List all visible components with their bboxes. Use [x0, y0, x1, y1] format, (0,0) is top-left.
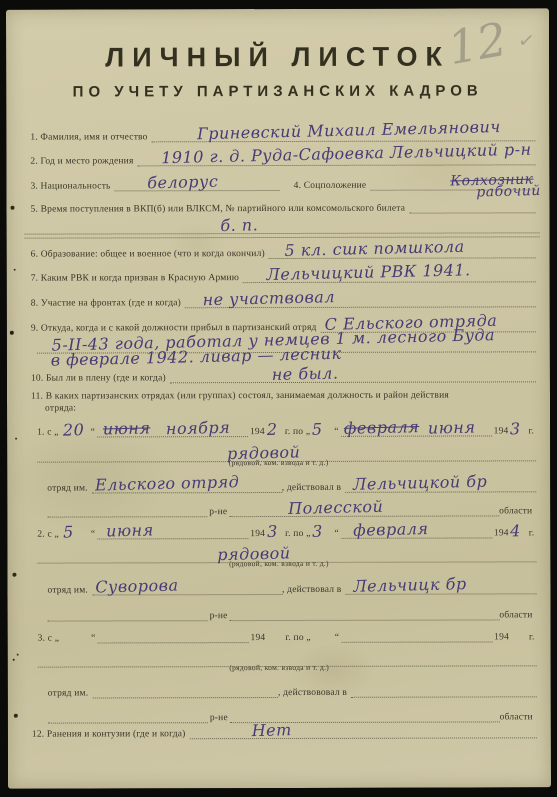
field-captivity-value: не был.	[272, 365, 339, 383]
field-fronts-line: не участвовал	[185, 293, 536, 308]
entry1-region-prefill	[47, 503, 207, 517]
field-surname-label: 1. Фамилия, имя и отчество	[30, 132, 151, 142]
entry1-number: 1. с „	[37, 428, 63, 438]
entry1-date-row: 1. с „ 20 “ июня ноября 194 2 г. по „ 5 …	[37, 422, 536, 437]
entry1-unit-row: отряд им. Ельского отряд , действовал в …	[47, 478, 536, 493]
field-party-label: 5. Время поступления в ВКП(б) или ВЛКСМ,…	[30, 204, 409, 215]
entry2-unit-row: отряд им. Суворова , действовал в Лельчи…	[47, 580, 536, 595]
field-captivity: 10. Был ли в плену (где и когда) не был.	[31, 368, 536, 383]
page-subtitle: ПО УЧЕТУ ПАРТИЗАНСКИХ КАДРОВ	[6, 82, 549, 100]
document-paper: ЛИЧНЫЙ ЛИСТОК ПО УЧЕТУ ПАРТИЗАНСКИХ КАДР…	[6, 8, 551, 788]
field-socstatus-value: рабочий	[477, 184, 542, 200]
field-party-valueline: б. п.	[25, 219, 540, 234]
entry3-quote2: “	[333, 633, 341, 643]
field-nationality-label: 3. Национальность	[30, 181, 114, 191]
entry1-day1-box: 20	[63, 424, 89, 437]
field-party-value: б. п.	[220, 217, 258, 234]
ink-speck-column	[10, 206, 14, 210]
entry2-unit-line: Суворова	[92, 581, 282, 595]
field-party-line: б. п.	[25, 219, 540, 234]
entry3-quote1: “	[89, 633, 97, 643]
field-wounds-value: Нет	[252, 722, 292, 739]
entry2-year2: 4	[510, 523, 521, 539]
field-nationality-line: белорус	[115, 177, 280, 191]
field-nationality-value: белорус	[147, 174, 218, 192]
field-surname-value: Гриневский Михаил Емельянович	[197, 119, 501, 142]
entry1-acted-label: , действовал в	[282, 483, 346, 493]
entry3-rank-caption: (рядовой, ком. взвода и т. д.)	[8, 662, 551, 672]
entry1-year2-prefix: 194	[492, 426, 511, 436]
entry3-number: 3. с „	[38, 634, 64, 644]
entry2-rayon-label: р-не	[208, 611, 230, 621]
field-rvk-line: Лельчицкий РВК 1941.	[243, 268, 536, 283]
entry1-day2: 5	[312, 422, 323, 438]
entry2-acted-line: Лельчицк бр	[345, 580, 536, 595]
entry3-acted-label: , действововал в	[278, 688, 351, 698]
field-education-label: 6. Образование: общее и военное (что и к…	[31, 249, 269, 260]
entry2-oblast-label: области	[499, 610, 536, 620]
entry2-acted-in: Лельчицк бр	[353, 576, 467, 595]
field-nationality-socstatus: 3. Национальность белорус 4. Соцположени…	[30, 176, 535, 191]
entry2-region-row: р-не области	[48, 606, 537, 621]
field-socstatus-line: Колхозник рабочий	[370, 176, 535, 190]
entry3-unit-row: отряд им. , действововал в	[48, 683, 537, 698]
entry1-month2: июня	[428, 419, 476, 436]
entry1-rayon-label: р-не	[207, 507, 229, 517]
field-party-line-short	[409, 199, 535, 213]
entry3-unit-label: отряд им.	[48, 688, 93, 698]
field-fronts-label: 8. Участие на фронтах (где и когда)	[31, 298, 185, 308]
field-socstatus-values: Колхозник рабочий	[451, 174, 542, 199]
entry3-region-prefill	[48, 709, 208, 723]
field-birth-value: 1910 г. д. Руда-Сафоевка Лельчицкий р-н	[161, 142, 532, 167]
entry1-rank-caption: (рядовой, ком. взвода и т. д.)	[7, 457, 550, 467]
entry2-acted-label: , действовал в	[282, 585, 346, 595]
entry3-year2-prefix: 194	[492, 632, 511, 642]
field-units-header2: отряда:	[45, 398, 536, 413]
entry1-month2-struck: февраля	[343, 419, 419, 437]
entry1-month1: ноября	[166, 420, 231, 438]
entry1-year1: 2	[266, 422, 277, 438]
scanned-document-page: { "meta": { "document_kind": "Советская …	[0, 0, 557, 797]
entry3-unit-line	[92, 684, 278, 698]
entry3-region-row: р-не области	[48, 708, 537, 723]
entry2-po: г. по „	[283, 529, 312, 539]
entry3-g: г.	[527, 632, 537, 642]
field-birth-label: 2. Год и место рождения	[30, 156, 137, 166]
entry1-acted-in: Лельчицкой бр	[352, 474, 487, 493]
entry1-quote2: “	[332, 427, 340, 437]
entry2-year2-box: 4	[511, 525, 527, 538]
field-party: 5. Время поступления в ВКП(б) или ВЛКСМ,…	[30, 199, 535, 214]
field-rvk-value: Лельчицкий РВК 1941.	[266, 262, 471, 283]
entry1-unit: Ельского отряд	[95, 474, 240, 493]
field-rvk: 7. Каким РВК и когда призван в Красную А…	[31, 268, 536, 283]
entry1-quote1: “	[89, 427, 97, 437]
entry1-year1-box: 2	[267, 424, 283, 437]
entry3-month2-line	[341, 628, 492, 642]
entry2-day1-box: 5	[63, 526, 89, 539]
entry2-month2-line: февраля	[341, 524, 492, 538]
field-education-value: 5 кл. сшк помшкола	[285, 239, 466, 259]
entry2-day2-box: 3	[312, 526, 332, 539]
entry2-g: г.	[527, 528, 537, 538]
entry3-day2-box	[313, 630, 333, 643]
entry2-year1-box: 3	[267, 526, 283, 539]
entry2-quote2: “	[332, 529, 340, 539]
entry1-po: г. по „	[283, 427, 312, 437]
field-rvk-label: 7. Каким РВК и когда призван в Красную А…	[31, 273, 243, 284]
field-fronts-value: не участвовал	[202, 289, 335, 308]
entry1-day1: 20	[62, 422, 84, 438]
entry1-region-row: р-не Полесской области	[47, 502, 536, 517]
field-fronts: 8. Участие на фронтах (где и когда) не у…	[31, 293, 536, 308]
entry1-unit-label: отряд им.	[47, 483, 92, 493]
entry2-month2: февраля	[353, 521, 429, 539]
entry1-rayon: Полесской	[288, 499, 384, 517]
entry3-year2-box	[511, 629, 527, 642]
entry2-region-prefill	[48, 607, 208, 621]
entry1-year2: 3	[510, 421, 521, 437]
entry2-unit: Суворова	[95, 578, 179, 596]
entry2-rayon-line	[230, 606, 500, 621]
entry1-month2-line: февраля июня	[341, 422, 492, 436]
entry1-rayon-line: Полесской	[229, 502, 499, 517]
entry3-year1-prefix: 194	[249, 633, 268, 643]
entry1-g: г.	[526, 426, 536, 436]
entry2-date-row: 2. с „ 5 “ июня 194 3 г. по „ 3 “ феврал…	[37, 524, 536, 539]
field-education: 6. Образование: общее и военное (что и к…	[31, 244, 536, 259]
entry1-acted-line: Лельчицкой бр	[345, 478, 536, 493]
field-captivity-line: не был.	[170, 368, 536, 383]
entry1-month1-struck: июня	[103, 420, 151, 437]
entry2-year1-prefix: 194	[248, 529, 267, 539]
field-wounds-line: Нет	[190, 724, 537, 739]
entry1-year2-box: 3	[510, 423, 526, 436]
field-birth-line: 1910 г. д. Руда-Сафоевка Лельчицкий р-н	[138, 151, 536, 166]
entry3-rayon-label: р-не	[208, 713, 230, 723]
entry3-po: г. по „	[283, 633, 312, 643]
entry3-year1-box	[267, 630, 283, 643]
entry1-unit-line: Ельского отряд	[92, 479, 282, 493]
entry2-unit-label: отряд им.	[47, 585, 92, 595]
entry3-oblast-label: области	[500, 712, 537, 722]
entry3-date-row: 3. с „ “ 194 г. по „ “ 194 г.	[38, 628, 537, 643]
field-education-line: 5 кл. сшк помшкола	[269, 244, 536, 259]
field-units-label2: отряда:	[45, 404, 80, 414]
field-wounds-label: 12. Ранения и контузии (где и когда)	[32, 729, 190, 739]
entry3-month1-line	[98, 629, 249, 643]
field-birth: 2. Год и место рождения 1910 г. д. Руда-…	[30, 151, 535, 166]
entry2-year1: 3	[267, 524, 278, 540]
field-wounds: 12. Ранения и контузии (где и когда) Нет	[32, 724, 537, 739]
entry2-month1-line: июня	[97, 525, 248, 539]
entry3-day1-box	[63, 630, 89, 643]
entry2-number: 2. с „	[37, 530, 63, 540]
entry1-day2-box: 5	[312, 424, 332, 437]
entry2-day1: 5	[63, 524, 74, 540]
entry1-oblast-label: области	[499, 506, 536, 516]
entry2-quote1: “	[89, 529, 97, 539]
entry2-month1: июня	[106, 522, 154, 539]
entry1-year1-prefix: 194	[248, 427, 267, 437]
entry1-month1-line: июня ноября	[97, 423, 248, 437]
entry2-day2: 3	[312, 524, 323, 540]
field-captivity-label: 10. Был ли в плену (где и когда)	[31, 373, 170, 383]
entry3-acted-line	[351, 683, 537, 697]
pencil-page-number: 12	[445, 16, 511, 72]
field-socstatus-label: 4. Соцположение	[280, 181, 371, 191]
entry2-year2-prefix: 194	[492, 528, 511, 538]
entry2-rank-caption: (рядовой, ком. взвода и т. д.)	[7, 558, 550, 568]
